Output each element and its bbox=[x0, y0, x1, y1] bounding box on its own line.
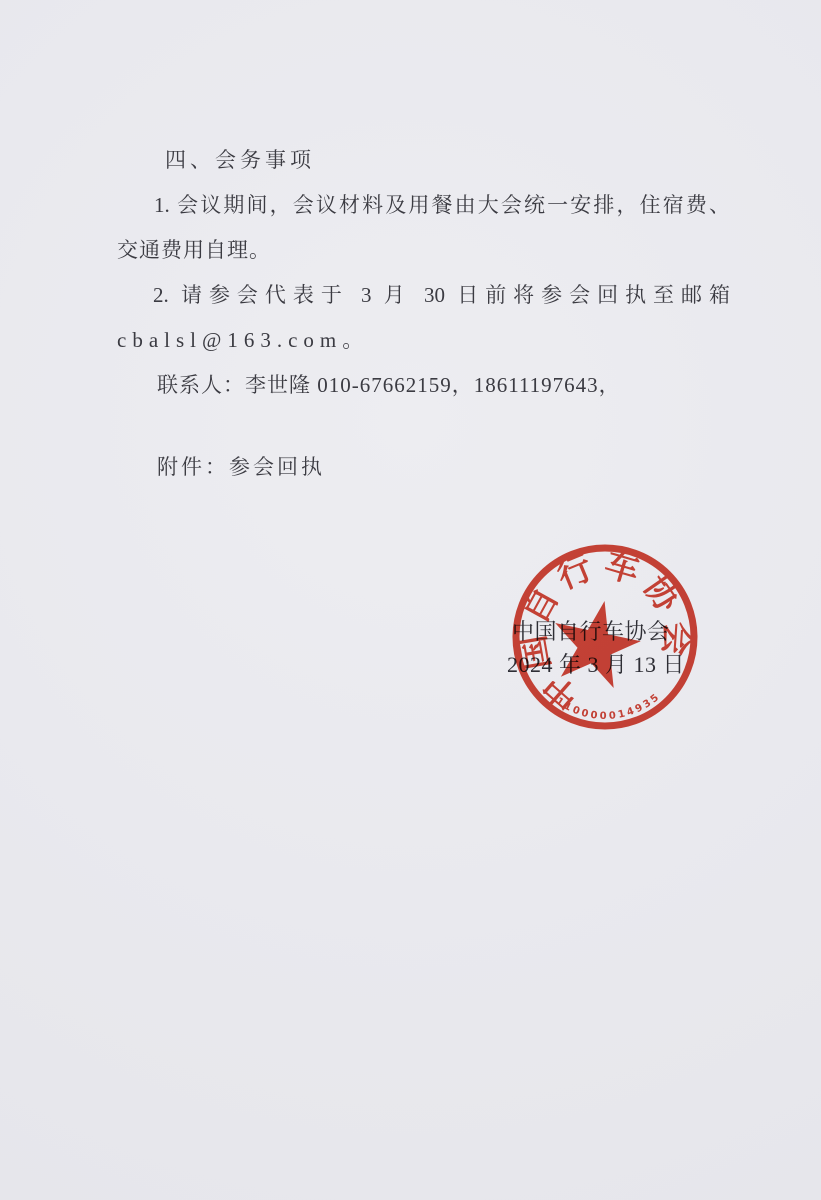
attachment-line: 附件：参会回执 bbox=[117, 445, 730, 490]
contact-line: 联系人：李世隆 010-67662159，18611197643， bbox=[117, 363, 730, 408]
section-heading: 四、会务事项 bbox=[117, 138, 730, 183]
item1-line1: 1. 会议期间，会议材料及用餐由大会统一安排，住宿费、 bbox=[117, 183, 730, 228]
letter-body: 四、会务事项 1. 会议期间，会议材料及用餐由大会统一安排，住宿费、 交通费用自… bbox=[117, 138, 730, 490]
email-line: cbalsl@163.com。 bbox=[117, 318, 730, 363]
item2-line1: 2. 请参会代表于 3 月 30 日前将参会回执至邮箱 bbox=[117, 273, 730, 318]
official-seal: 中国自行车协会 1100000149353 bbox=[495, 527, 715, 747]
scanned-letter-page: 四、会务事项 1. 会议期间，会议材料及用餐由大会统一安排，住宿费、 交通费用自… bbox=[0, 0, 821, 1200]
item1-line2: 交通费用自理。 bbox=[117, 228, 730, 273]
